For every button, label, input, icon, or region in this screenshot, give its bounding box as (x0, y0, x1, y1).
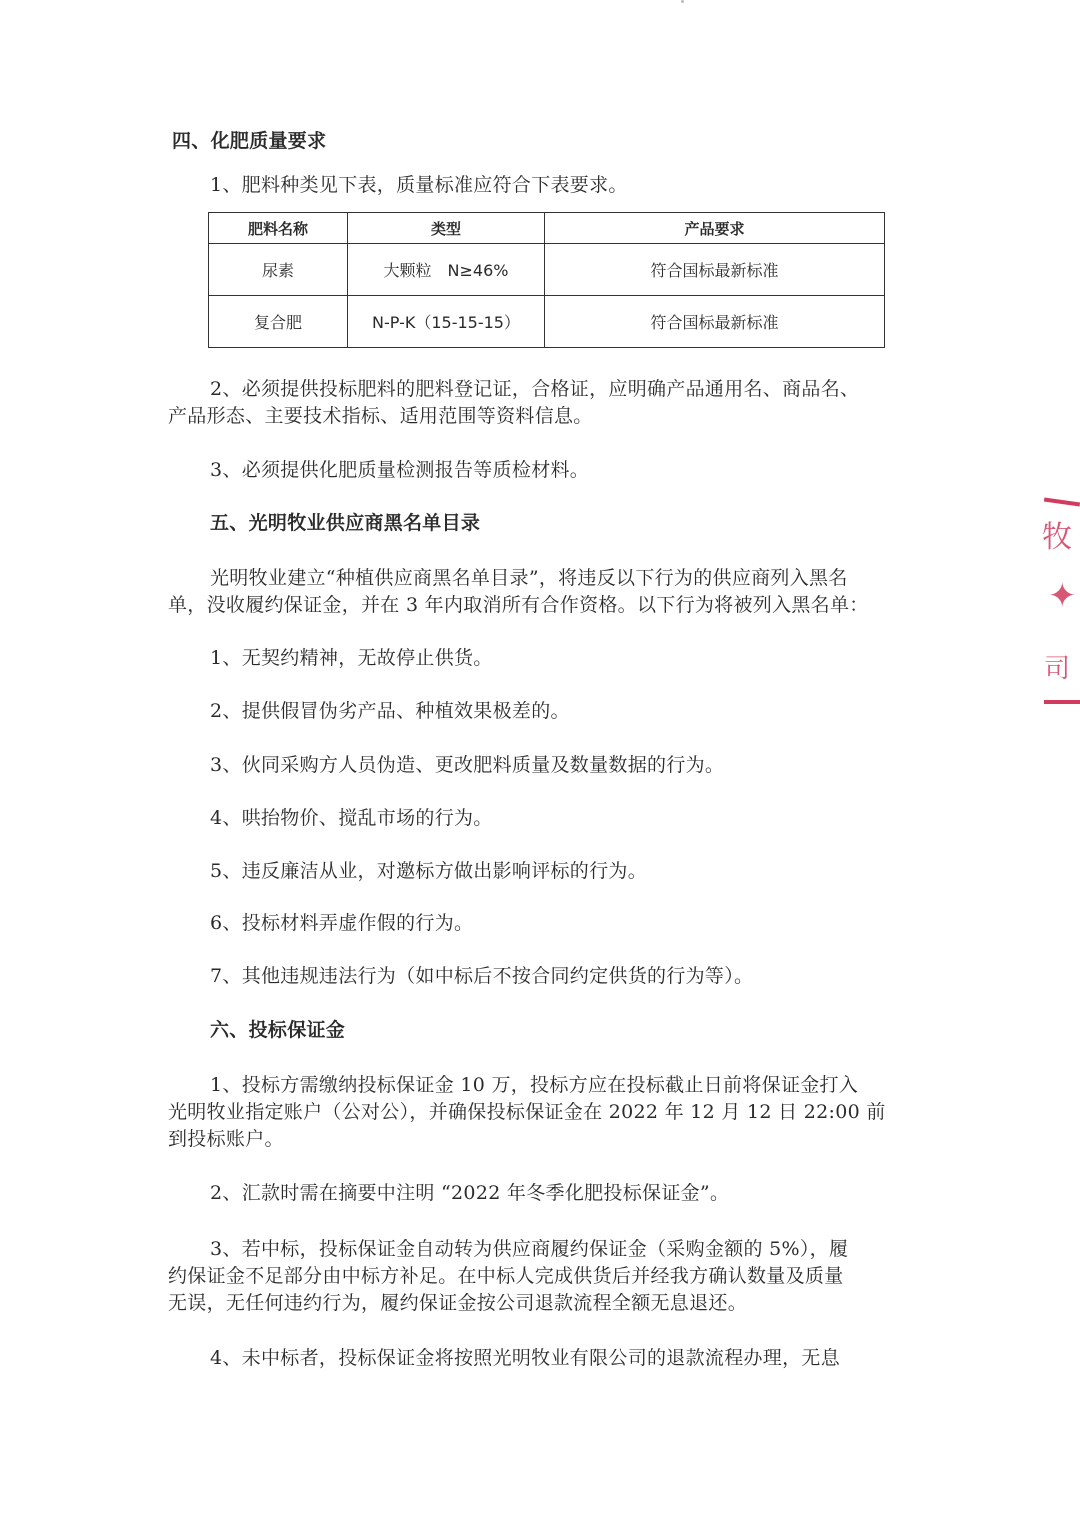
table-header-row: 肥料名称 类型 产品要求 (209, 213, 885, 244)
scan-speck (681, 0, 684, 3)
section-6-heading: 六、投标保证金 (210, 1017, 345, 1043)
stamp-char: 司 (1044, 648, 1070, 685)
table-cell: 符合国标最新标准 (545, 244, 885, 296)
section-4-item-3: 3、必须提供化肥质量检测报告等质检材料。 (210, 457, 589, 483)
table-header: 产品要求 (545, 213, 885, 244)
blacklist-item-3: 3、伙同采购方人员伪造、更改肥料质量及数量数据的行为。 (210, 752, 724, 778)
section-6-item-3-line-1: 3、若中标，投标保证金自动转为供应商履约保证金（采购金额的 5%），履 (210, 1236, 848, 1262)
section-4-item-2-line-1: 2、必须提供投标肥料的肥料登记证，合格证，应明确产品通用名、商品名、 (210, 376, 859, 402)
stamp-char: 牧 (1042, 512, 1072, 556)
table-row: 复合肥 N-P-K（15-15-15） 符合国标最新标准 (209, 296, 885, 348)
section-5-heading: 五、光明牧业供应商黑名单目录 (210, 510, 480, 536)
table-header: 类型 (348, 213, 545, 244)
section-6-item-4-line-1: 4、未中标者，投标保证金将按照光明牧业有限公司的退款流程办理，无息 (210, 1345, 840, 1371)
red-seal-stamp: 牧 ✦ 司 (1040, 500, 1080, 710)
document-page: 四、化肥质量要求 1、肥料种类见下表，质量标准应符合下表要求。 肥料名称 类型 … (0, 0, 1080, 1526)
table-cell: 大颗粒 N≥46% (348, 244, 545, 296)
blacklist-item-5: 5、违反廉洁从业，对邀标方做出影响评标的行为。 (210, 858, 647, 884)
table-row: 尿素 大颗粒 N≥46% 符合国标最新标准 (209, 244, 885, 296)
blacklist-item-1: 1、无契约精神，无故停止供货。 (210, 645, 493, 671)
table-header: 肥料名称 (209, 213, 348, 244)
stamp-border (1044, 498, 1080, 507)
section-6-item-1-line-2: 光明牧业指定账户（公对公），并确保投标保证金在 2022 年 12 月 12 日… (168, 1099, 886, 1125)
section-5-intro-line-2: 单，没收履约保证金，并在 3 年内取消所有合作资格。以下行为将被列入黑名单： (168, 592, 869, 618)
section-6-item-1-line-3: 到投标账户。 (168, 1126, 284, 1152)
stamp-star-icon: ✦ (1048, 576, 1077, 616)
blacklist-item-2: 2、提供假冒伪劣产品、种植效果极差的。 (210, 698, 570, 724)
section-6-item-2: 2、汇款时需在摘要中注明 “2022 年冬季化肥投标保证金”。 (210, 1180, 729, 1206)
table-cell: N-P-K（15-15-15） (348, 296, 545, 348)
blacklist-item-7: 7、其他违规违法行为（如中标后不按合同约定供货的行为等）。 (210, 963, 753, 989)
blacklist-item-6: 6、投标材料弄虚作假的行为。 (210, 910, 473, 936)
table-cell: 尿素 (209, 244, 348, 296)
section-6-item-3-line-2: 约保证金不足部分由中标方补足。在中标人完成供货后并经我方确认数量及质量 (168, 1263, 844, 1289)
section-4-item-1: 1、肥料种类见下表，质量标准应符合下表要求。 (210, 172, 628, 198)
section-4-item-2-line-2: 产品形态、主要技术指标、适用范围等资料信息。 (168, 403, 593, 429)
fertilizer-table: 肥料名称 类型 产品要求 尿素 大颗粒 N≥46% 符合国标最新标准 复合肥 N… (208, 212, 885, 348)
blacklist-item-4: 4、哄抬物价、搅乱市场的行为。 (210, 805, 493, 831)
section-6-item-1-line-1: 1、投标方需缴纳投标保证金 10 万，投标方应在投标截止日前将保证金打入 (210, 1072, 858, 1098)
section-5-intro-line-1: 光明牧业建立“种植供应商黑名单目录”，将违反以下行为的供应商列入黑名 (210, 565, 848, 591)
section-4-heading: 四、化肥质量要求 (172, 128, 326, 154)
stamp-border (1044, 700, 1080, 704)
table-cell: 符合国标最新标准 (545, 296, 885, 348)
section-6-item-3-line-3: 无误，无任何违约行为，履约保证金按公司退款流程全额无息退还。 (168, 1290, 747, 1316)
table-cell: 复合肥 (209, 296, 348, 348)
